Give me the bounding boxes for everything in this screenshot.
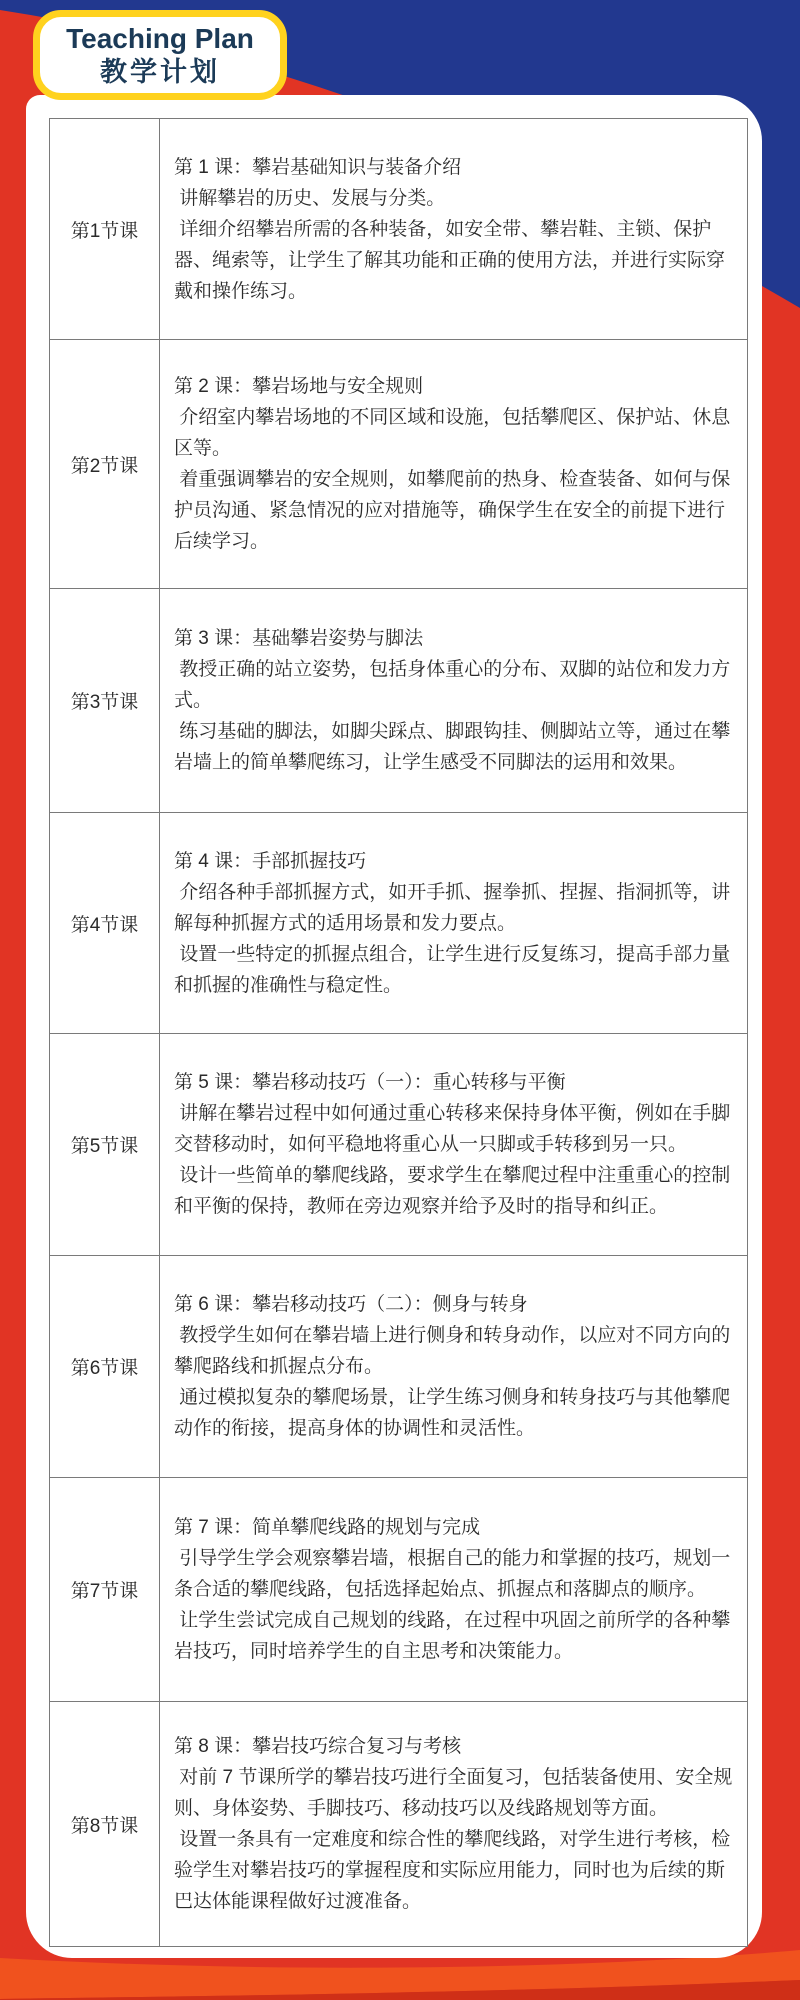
lesson-number-cell: 第6节课: [50, 1256, 160, 1477]
lesson-number-cell: 第1节课: [50, 119, 160, 339]
table-row: 第2节课 第 2 课：攀岩场地与安全规则 介绍室内攀岩场地的不同区域和设施，包括…: [50, 340, 747, 589]
lesson-paragraph: 设置一些特定的抓握点组合，让学生进行反复练习，提高手部力量和抓握的准确性与稳定性…: [174, 939, 741, 1001]
teaching-plan-table: 第1节课 第 1 课：攀岩基础知识与装备介绍 讲解攀岩的历史、发展与分类。 详细…: [49, 118, 748, 1947]
table-row: 第6节课 第 6 课：攀岩移动技巧（二）：侧身与转身 教授学生如何在攀岩墙上进行…: [50, 1256, 747, 1478]
lesson-paragraph: 通过模拟复杂的攀爬场景，让学生练习侧身和转身技巧与其他攀爬动作的衔接，提高身体的…: [174, 1382, 741, 1444]
lesson-content-cell: 第 2 课：攀岩场地与安全规则 介绍室内攀岩场地的不同区域和设施，包括攀爬区、保…: [160, 340, 747, 588]
page-title-en: Teaching Plan: [66, 22, 254, 56]
lesson-paragraph: 教授学生如何在攀岩墙上进行侧身和转身动作，以应对不同方向的攀爬路线和抓握点分布。: [174, 1320, 741, 1382]
lesson-title: 第 6 课：攀岩移动技巧（二）：侧身与转身: [174, 1289, 741, 1320]
lesson-number-cell: 第5节课: [50, 1034, 160, 1255]
table-row: 第8节课 第 8 课：攀岩技巧综合复习与考核 对前 7 节课所学的攀岩技巧进行全…: [50, 1702, 747, 1946]
lesson-content-cell: 第 3 课：基础攀岩姿势与脚法 教授正确的站立姿势，包括身体重心的分布、双脚的站…: [160, 589, 747, 812]
table-row: 第1节课 第 1 课：攀岩基础知识与装备介绍 讲解攀岩的历史、发展与分类。 详细…: [50, 119, 747, 340]
lesson-paragraph: 练习基础的脚法，如脚尖踩点、脚跟钩挂、侧脚站立等，通过在攀岩墙上的简单攀爬练习，…: [174, 716, 741, 778]
lesson-paragraph: 介绍室内攀岩场地的不同区域和设施，包括攀爬区、保护站、休息区等。: [174, 402, 741, 464]
lesson-paragraph: 详细介绍攀岩所需的各种装备，如安全带、攀岩鞋、主锁、保护器、绳索等，让学生了解其…: [174, 214, 741, 307]
lesson-paragraph: 讲解攀岩的历史、发展与分类。: [174, 183, 741, 214]
table-row: 第7节课 第 7 课：简单攀爬线路的规划与完成 引导学生学会观察攀岩墙，根据自己…: [50, 1478, 747, 1702]
lesson-content-cell: 第 6 课：攀岩移动技巧（二）：侧身与转身 教授学生如何在攀岩墙上进行侧身和转身…: [160, 1256, 747, 1477]
lesson-content-cell: 第 1 课：攀岩基础知识与装备介绍 讲解攀岩的历史、发展与分类。 详细介绍攀岩所…: [160, 119, 747, 339]
lesson-content-cell: 第 5 课：攀岩移动技巧（一）：重心转移与平衡 讲解在攀岩过程中如何通过重心转移…: [160, 1034, 747, 1255]
lesson-paragraph: 教授正确的站立姿势，包括身体重心的分布、双脚的站位和发力方式。: [174, 654, 741, 716]
lesson-number-cell: 第7节课: [50, 1478, 160, 1701]
lesson-title: 第 1 课：攀岩基础知识与装备介绍: [174, 152, 741, 183]
title-badge: Teaching Plan 教学计划: [33, 10, 287, 100]
page-title-zh: 教学计划: [100, 56, 220, 89]
lesson-paragraph: 介绍各种手部抓握方式，如开手抓、握拳抓、捏握、指洞抓等，讲解每种抓握方式的适用场…: [174, 877, 741, 939]
table-row: 第4节课 第 4 课：手部抓握技巧 介绍各种手部抓握方式，如开手抓、握拳抓、捏握…: [50, 813, 747, 1034]
lesson-title: 第 8 课：攀岩技巧综合复习与考核: [174, 1731, 741, 1762]
lesson-content-cell: 第 4 课：手部抓握技巧 介绍各种手部抓握方式，如开手抓、握拳抓、捏握、指洞抓等…: [160, 813, 747, 1033]
lesson-paragraph: 引导学生学会观察攀岩墙，根据自己的能力和掌握的技巧，规划一条合适的攀爬线路，包括…: [174, 1543, 741, 1605]
lesson-number-cell: 第8节课: [50, 1702, 160, 1946]
lesson-paragraph: 讲解在攀岩过程中如何通过重心转移来保持身体平衡，例如在手脚交替移动时，如何平稳地…: [174, 1098, 741, 1160]
lesson-paragraph: 着重强调攀岩的安全规则，如攀爬前的热身、检查装备、如何与保护员沟通、紧急情况的应…: [174, 464, 741, 557]
lesson-content-cell: 第 8 课：攀岩技巧综合复习与考核 对前 7 节课所学的攀岩技巧进行全面复习，包…: [160, 1702, 747, 1946]
lesson-number-cell: 第3节课: [50, 589, 160, 812]
lesson-paragraph: 让学生尝试完成自己规划的线路，在过程中巩固之前所学的各种攀岩技巧，同时培养学生的…: [174, 1605, 741, 1667]
table-row: 第5节课 第 5 课：攀岩移动技巧（一）：重心转移与平衡 讲解在攀岩过程中如何通…: [50, 1034, 747, 1256]
lesson-title: 第 4 课：手部抓握技巧: [174, 846, 741, 877]
lesson-title: 第 3 课：基础攀岩姿势与脚法: [174, 623, 741, 654]
lesson-content-cell: 第 7 课：简单攀爬线路的规划与完成 引导学生学会观察攀岩墙，根据自己的能力和掌…: [160, 1478, 747, 1701]
lesson-paragraph: 对前 7 节课所学的攀岩技巧进行全面复习，包括装备使用、安全规则、身体姿势、手脚…: [174, 1762, 741, 1824]
lesson-paragraph: 设置一条具有一定难度和综合性的攀爬线路，对学生进行考核，检验学生对攀岩技巧的掌握…: [174, 1824, 741, 1917]
lesson-title: 第 5 课：攀岩移动技巧（一）：重心转移与平衡: [174, 1067, 741, 1098]
lesson-title: 第 7 课：简单攀爬线路的规划与完成: [174, 1512, 741, 1543]
lesson-title: 第 2 课：攀岩场地与安全规则: [174, 371, 741, 402]
lesson-number-cell: 第2节课: [50, 340, 160, 588]
table-row: 第3节课 第 3 课：基础攀岩姿势与脚法 教授正确的站立姿势，包括身体重心的分布…: [50, 589, 747, 813]
lesson-number-cell: 第4节课: [50, 813, 160, 1033]
lesson-paragraph: 设计一些简单的攀爬线路，要求学生在攀爬过程中注重重心的控制和平衡的保持，教师在旁…: [174, 1160, 741, 1222]
